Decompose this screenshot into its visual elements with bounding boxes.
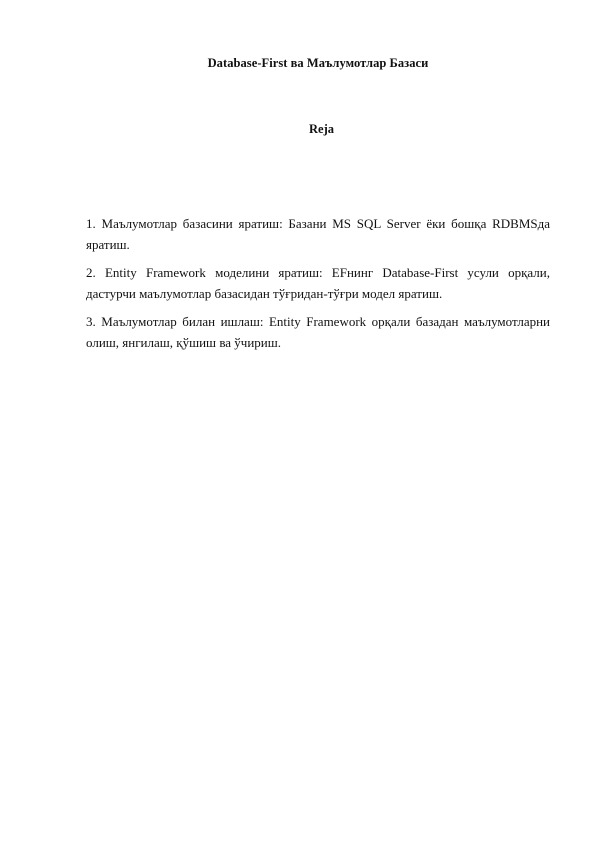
- plan-list: 1. Маълумотлар базасини яратиш: Базани M…: [86, 214, 550, 361]
- plan-item-text: Entity Framework моделини яратиш: EFнинг…: [86, 265, 550, 301]
- document-page: Database-First ва Маълумотлар Базаси Rej…: [0, 0, 596, 842]
- plan-item-number: 3.: [86, 314, 96, 329]
- plan-item-text: Маълумотлар билан ишлаш: Entity Framewor…: [86, 314, 550, 350]
- plan-item-number: 2.: [86, 265, 96, 280]
- plan-item-number: 1.: [86, 216, 96, 231]
- plan-item-text: Маълумотлар базасини яратиш: Базани MS S…: [86, 216, 550, 252]
- plan-item: 1. Маълумотлар базасини яратиш: Базани M…: [86, 214, 550, 255]
- plan-item: 2. Entity Framework моделини яратиш: EFн…: [86, 263, 550, 304]
- plan-heading: Reja: [0, 122, 596, 137]
- document-title: Database-First ва Маълумотлар Базаси: [0, 56, 596, 71]
- plan-item: 3. Маълумотлар билан ишлаш: Entity Frame…: [86, 312, 550, 353]
